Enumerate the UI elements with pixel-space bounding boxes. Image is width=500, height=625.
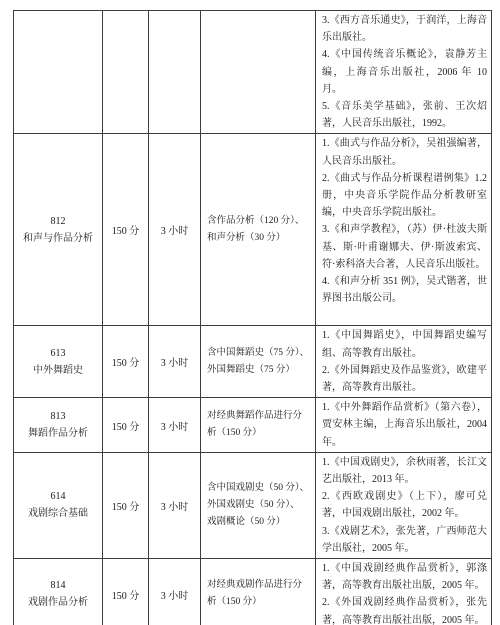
reference-item: 1.《中国戏剧史》，余秋雨著，长江文艺出版社，2013 年。	[322, 454, 487, 488]
reference-item: 1.《中国舞蹈史》，中国舞蹈史编写组、高等教育出版社。	[322, 327, 487, 361]
table-row-813: 813 舞蹈作品分析 150 分 3 小时 对经典舞蹈作品进行分 析（150 分…	[14, 398, 492, 453]
reference-item: 3.《戏剧艺术》，张先著，广西师范大学出版社，2005 年。	[322, 523, 487, 557]
course-code: 614	[16, 488, 100, 505]
course-cell: 813 舞蹈作品分析	[14, 398, 103, 453]
reference-item: 4.《和声分析 351 例》，吴式锴著，世界图书出版公司。	[322, 273, 487, 307]
course-name: 和声与作品分析	[16, 230, 100, 247]
content-cell: 对经典戏剧作品进行分 析（150 分）	[201, 559, 316, 625]
reference-item: 2.《外国戏剧经典作品赏析》，张先著，高等教育出版社出版，2005 年。	[322, 594, 487, 625]
content-line: 和声分析（30 分）	[207, 230, 312, 247]
course-code: 814	[16, 577, 100, 594]
references-cell: 1.《中国舞蹈史》，中国舞蹈史编写组、高等教育出版社。 2.《外国舞蹈史及作品鉴…	[316, 326, 492, 398]
score-cell: 150 分	[103, 326, 149, 398]
references-cell: 1.《中国戏剧史》，余秋雨著，长江文艺出版社，2013 年。 2.《西欧戏剧史》…	[316, 452, 492, 558]
reference-item: 4.《中国传统音乐概论》，袁静芳主编，上海音乐出版社，2006 年 10 月。	[322, 46, 487, 98]
content-line: 外国戏剧史（50 分）、	[207, 497, 312, 514]
duration-cell: 3 小时	[149, 398, 201, 453]
reference-item: 2.《外国舞蹈史及作品鉴赏》，欧建平著，高等教育出版社。	[322, 362, 487, 396]
duration-cell: 3 小时	[149, 326, 201, 398]
reference-item: 3.《和声学教程》，（苏）伊·杜波夫斯基、斯·叶甫谢娜夫、伊·斯波索宾、符·索科…	[322, 221, 487, 273]
course-name: 戏剧作品分析	[16, 594, 100, 611]
content-line: 含作品分析（120 分）、	[207, 213, 312, 230]
score-cell: 150 分	[103, 134, 149, 326]
course-cell: 814 戏剧作品分析	[14, 559, 103, 625]
table-row-812: 812 和声与作品分析 150 分 3 小时 含作品分析（120 分）、 和声分…	[14, 134, 492, 326]
duration-cell: 3 小时	[149, 559, 201, 625]
content-line: 对经典舞蹈作品进行分	[207, 408, 312, 425]
reference-item: 2.《曲式与作品分析课程谱例集》1.2 册，中央音乐学院作品分析教研室编，中央音…	[322, 170, 487, 222]
course-cell: 613 中外舞蹈史	[14, 326, 103, 398]
score-cell	[103, 11, 149, 134]
score-cell: 150 分	[103, 559, 149, 625]
content-cell: 含中国戏剧史（50 分）、 外国戏剧史（50 分）、 戏剧概论（50 分）	[201, 452, 316, 558]
table-row-814: 814 戏剧作品分析 150 分 3 小时 对经典戏剧作品进行分 析（150 分…	[14, 559, 492, 625]
reference-item: 2.《西欧戏剧史》（上下），廖可兑著，中国戏剧出版社，2002 年。	[322, 488, 487, 522]
content-line: 对经典戏剧作品进行分	[207, 577, 312, 594]
references-cell: 1.《中国戏剧经典作品赏析》，郭涤著，高等教育出版社出版，2005 年。 2.《…	[316, 559, 492, 625]
course-cell	[14, 11, 103, 134]
reference-item: 1.《曲式与作品分析》，吴祖强编著，人民音乐出版社。	[322, 135, 487, 169]
table-row-613: 613 中外舞蹈史 150 分 3 小时 含中国舞蹈史（75 分）、 外国舞蹈史…	[14, 326, 492, 398]
course-code: 613	[16, 345, 100, 362]
duration-cell	[149, 11, 201, 134]
duration-cell: 3 小时	[149, 134, 201, 326]
reference-item: 1.《中外舞蹈作品赏析》（第六卷），贾安林主编，上海音乐出版社，2004 年。	[322, 399, 487, 451]
references-cell: 3.《西方音乐通史》，于润洋，上海音乐出版社。 4.《中国传统音乐概论》，袁静芳…	[316, 11, 492, 134]
course-cell: 614 戏剧综合基础	[14, 452, 103, 558]
course-name: 戏剧综合基础	[16, 505, 100, 522]
table-row-music-continued: 3.《西方音乐通史》，于润洋，上海音乐出版社。 4.《中国传统音乐概论》，袁静芳…	[14, 11, 492, 134]
table-row-614: 614 戏剧综合基础 150 分 3 小时 含中国戏剧史（50 分）、 外国戏剧…	[14, 452, 492, 558]
content-line: 析（150 分）	[207, 594, 312, 611]
score-cell: 150 分	[103, 398, 149, 453]
content-line: 外国舞蹈史（75 分）	[207, 362, 312, 379]
exam-subjects-table: 3.《西方音乐通史》，于润洋，上海音乐出版社。 4.《中国传统音乐概论》，袁静芳…	[13, 10, 492, 625]
references-cell: 1.《中外舞蹈作品赏析》（第六卷），贾安林主编，上海音乐出版社，2004 年。	[316, 398, 492, 453]
content-line: 析（150 分）	[207, 425, 312, 442]
content-cell: 含中国舞蹈史（75 分）、 外国舞蹈史（75 分）	[201, 326, 316, 398]
content-line: 含中国舞蹈史（75 分）、	[207, 345, 312, 362]
document-page: 3.《西方音乐通史》，于润洋，上海音乐出版社。 4.《中国传统音乐概论》，袁静芳…	[0, 0, 500, 625]
content-line: 含中国戏剧史（50 分）、	[207, 480, 312, 497]
duration-cell: 3 小时	[149, 452, 201, 558]
content-cell: 对经典舞蹈作品进行分 析（150 分）	[201, 398, 316, 453]
score-cell: 150 分	[103, 452, 149, 558]
references-cell: 1.《曲式与作品分析》，吴祖强编著，人民音乐出版社。 2.《曲式与作品分析课程谱…	[316, 134, 492, 326]
course-code: 813	[16, 408, 100, 425]
course-name: 中外舞蹈史	[16, 362, 100, 379]
reference-item: 1.《中国戏剧经典作品赏析》，郭涤著，高等教育出版社出版，2005 年。	[322, 560, 487, 594]
course-name: 舞蹈作品分析	[16, 425, 100, 442]
course-cell: 812 和声与作品分析	[14, 134, 103, 326]
reference-item: 5.《音乐美学基础》，张前、王次炤著，人民音乐出版社，1992。	[322, 98, 487, 132]
content-cell	[201, 11, 316, 134]
content-cell: 含作品分析（120 分）、 和声分析（30 分）	[201, 134, 316, 326]
content-line: 戏剧概论（50 分）	[207, 514, 312, 531]
reference-item: 3.《西方音乐通史》，于润洋，上海音乐出版社。	[322, 12, 487, 46]
course-code: 812	[16, 213, 100, 230]
